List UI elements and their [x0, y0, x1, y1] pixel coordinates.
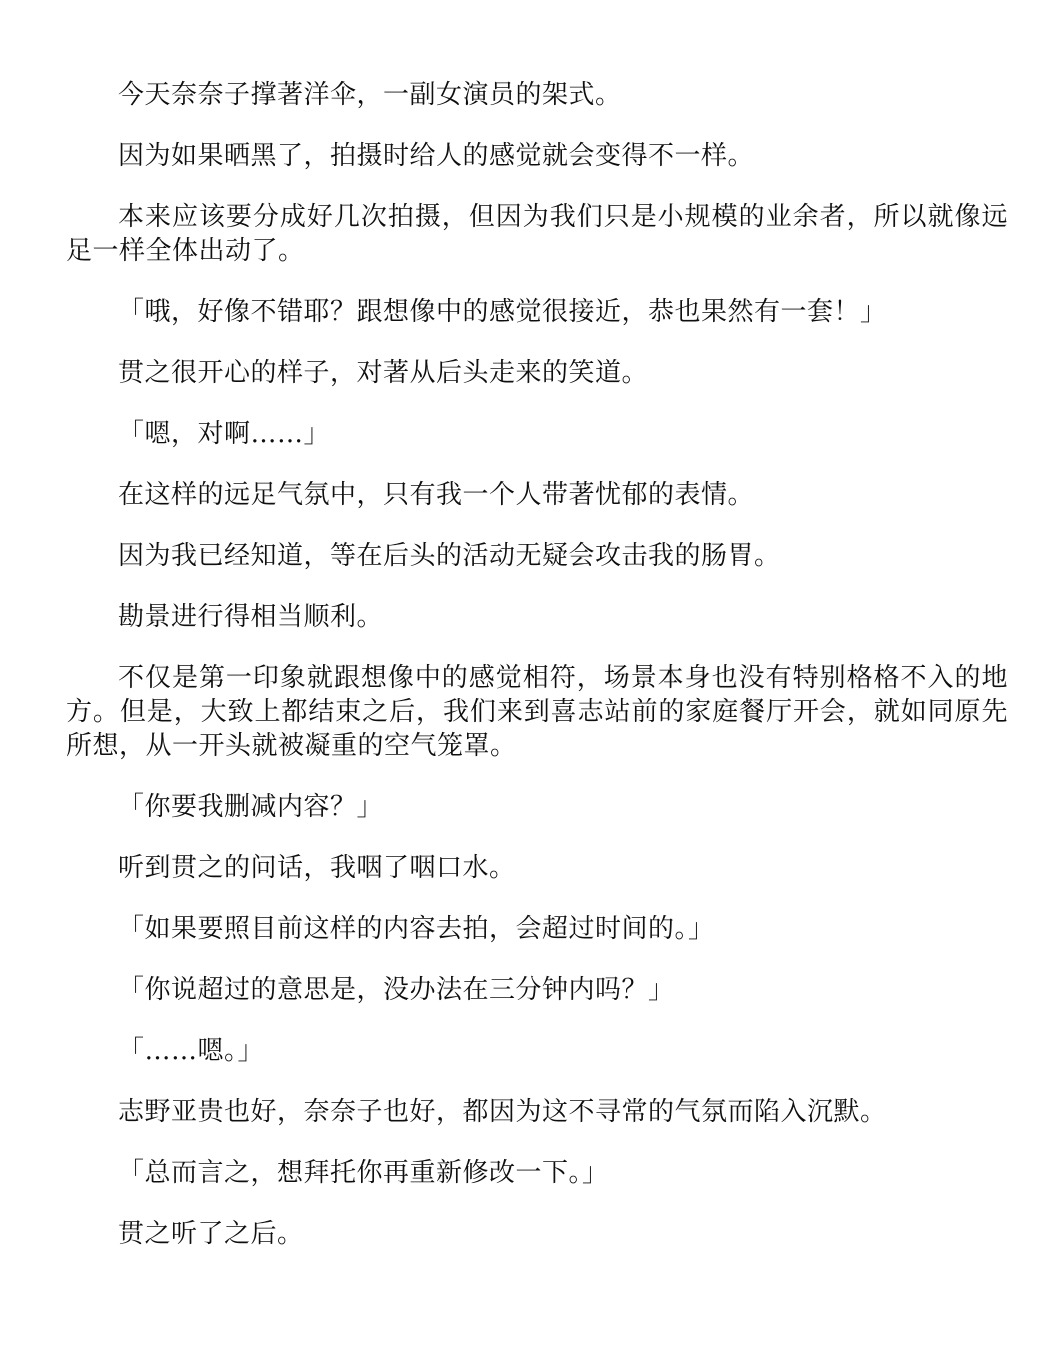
paragraph-16: 志野亚贵也好，奈奈子也好，都因为这不寻常的气氛而陷入沉默。 [66, 1095, 1008, 1129]
paragraph-14: 「你说超过的意思是，没办法在三分钟内吗？」 [66, 973, 1008, 1007]
paragraph-2: 因为如果晒黑了，拍摄时给人的感觉就会变得不一样。 [66, 139, 1008, 173]
document-page: 今天奈奈子撑著洋伞，一副女演员的架式。 因为如果晒黑了，拍摄时给人的感觉就会变得… [0, 0, 1046, 1354]
paragraph-5: 贯之很开心的样子，对著从后头走来的笑道。 [66, 356, 1008, 390]
paragraph-10: 不仅是第一印象就跟想像中的感觉相符，场景本身也没有特别格格不入的地方。但是，大致… [66, 661, 1008, 763]
paragraph-15: 「……嗯。」 [66, 1034, 1008, 1068]
paragraph-8: 因为我已经知道，等在后头的活动无疑会攻击我的肠胃。 [66, 539, 1008, 573]
paragraph-13: 「如果要照目前这样的内容去拍，会超过时间的。」 [66, 912, 1008, 946]
paragraph-4: 「哦，好像不错耶？跟想像中的感觉很接近，恭也果然有一套！」 [66, 295, 1008, 329]
paragraph-1: 今天奈奈子撑著洋伞，一副女演员的架式。 [66, 78, 1008, 112]
paragraph-7: 在这样的远足气氛中，只有我一个人带著忧郁的表情。 [66, 478, 1008, 512]
paragraph-18: 贯之听了之后。 [66, 1217, 1008, 1251]
paragraph-9: 勘景进行得相当顺利。 [66, 600, 1008, 634]
paragraph-17: 「总而言之，想拜托你再重新修改一下。」 [66, 1156, 1008, 1190]
paragraph-6: 「嗯，对啊……」 [66, 417, 1008, 451]
paragraph-12: 听到贯之的问话，我咽了咽口水。 [66, 851, 1008, 885]
paragraph-11: 「你要我删减内容？」 [66, 790, 1008, 824]
paragraph-3: 本来应该要分成好几次拍摄，但因为我们只是小规模的业余者，所以就像远足一样全体出动… [66, 200, 1008, 268]
